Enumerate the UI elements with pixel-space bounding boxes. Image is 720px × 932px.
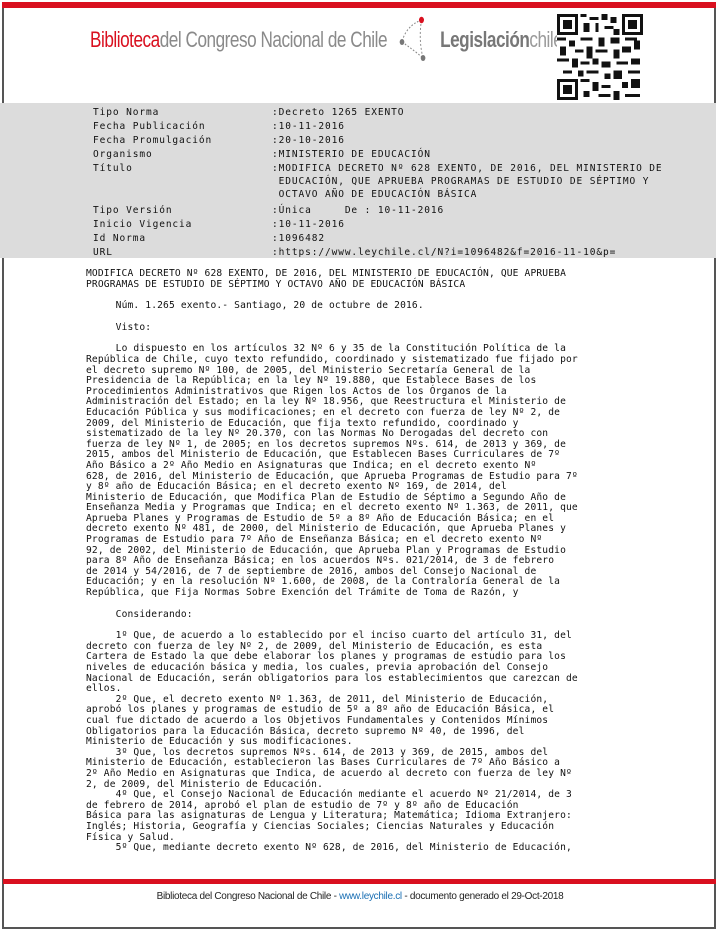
top-red-bar [2,2,716,8]
metadata-value: :10-11-2016 [272,120,345,133]
logo-biblioteca: Biblioteca [90,27,160,53]
metadata-value: :1096482 [272,232,325,245]
logo-legislacion: Legislación [440,27,529,53]
considerando-item: 2º Que, el decreto exento Nº 1.363, de 2… [86,695,686,748]
metadata-label: Tipo Versión [93,204,172,217]
metadata-label: URL [93,246,113,259]
bcn-logo: Biblioteca del Congreso Nacional de Chil… [90,22,580,58]
metadata-value: :Decreto 1265 EXENTO [272,106,404,119]
footer: Biblioteca del Congreso Nacional de Chil… [0,891,720,902]
footer-red-bar [3,879,716,884]
footer-suffix: - documento generado el 29-Oct-2018 [402,891,564,902]
considerando-item: 4º Que, el Consejo Nacional de Educación… [86,790,686,843]
footer-prefix: Biblioteca del Congreso Nacional de Chil… [157,891,339,902]
metadata-value: :MODIFICA DECRETO Nº 628 EXENTO, DE 2016… [272,162,663,201]
metadata-label: Fecha Publicación [93,120,206,133]
metadata-value: :MINISTERIO DE EDUCACIÓN [272,148,431,161]
document-body: MODIFICA DECRETO Nº 628 EXENTO, DE 2016,… [86,269,686,854]
considerando-item: 3º Que, los decretos supremos Nºs. 614, … [86,748,686,790]
metadata-value: :10-11-2016 [272,218,345,231]
considerando-list: 1º Que, de acuerdo a lo establecido por … [86,631,686,853]
metadata-value: :Única De : 10-11-2016 [272,204,444,217]
metadata-label: Organismo [93,148,153,161]
considerando-heading: Considerando: [86,610,686,621]
decree-number-line: Núm. 1.265 exento.- Santiago, 20 de octu… [86,301,686,312]
document-title: MODIFICA DECRETO Nº 628 EXENTO, DE 2016,… [86,269,686,290]
visto-paragraph: Lo dispuesto en los artículos 32 Nº 6 y … [86,344,686,598]
metadata-label: Título [93,162,133,175]
metadata-label: Inicio Vigencia [93,218,192,231]
logo-congreso: del Congreso Nacional de Chile [160,27,387,53]
footer-link-leychile[interactable]: www.leychile.cl [339,891,402,902]
visto-heading: Visto: [86,323,686,334]
metadata-value[interactable]: :https://www.leychile.cl/N?i=1096482&f=2… [272,246,616,259]
network-triangle-icon [398,16,429,64]
considerando-item: 1º Que, de acuerdo a lo establecido por … [86,631,686,695]
considerando-item: 5º Que, mediante decreto exento Nº 628, … [86,843,686,854]
metadata-label: Id Norma [93,232,146,245]
metadata-value: :20-10-2016 [272,134,345,147]
metadata-label: Tipo Norma [93,106,159,119]
metadata-label: Fecha Promulgación [93,134,212,147]
qr-code-icon[interactable] [557,13,643,101]
